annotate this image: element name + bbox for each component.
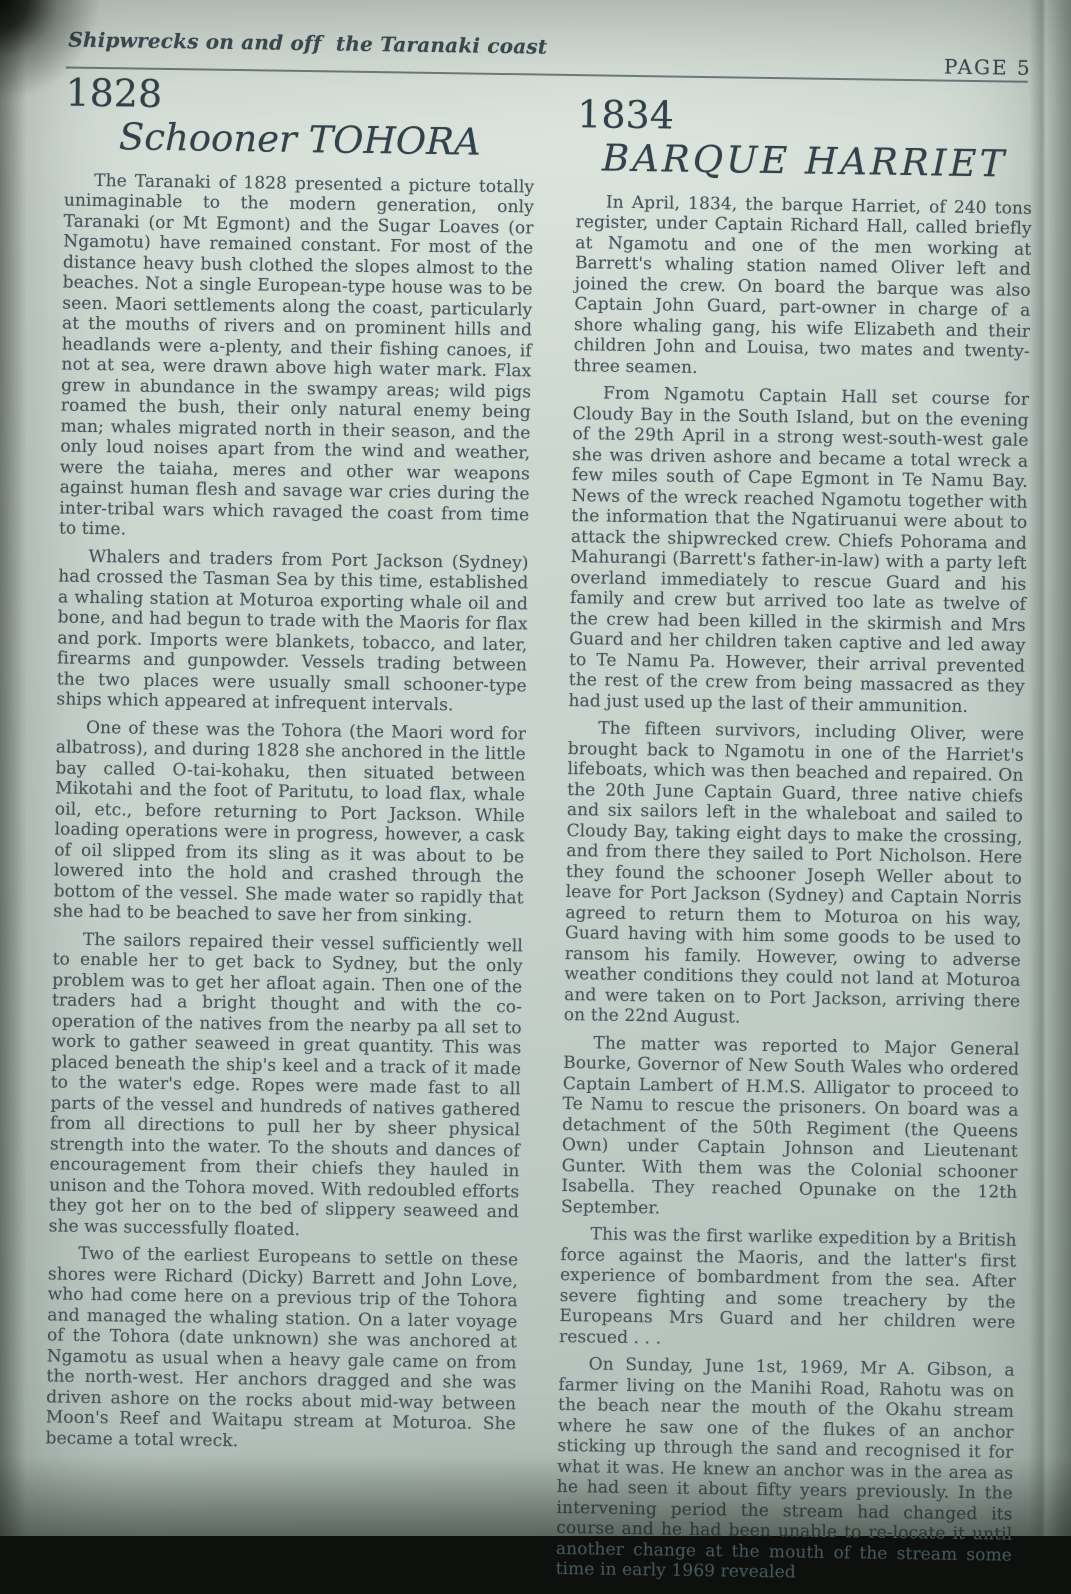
article-body: The Taranaki of 1828 presented a picture… [45,170,534,1455]
page-number: PAGE 5 [944,55,1032,80]
paragraph: The Taranaki of 1828 presented a picture… [59,170,534,546]
article-barque-harriet: 1834 BARQUE HARRIET In April, 1834, the … [555,95,1033,1536]
paragraph: Two of the earliest Europeans to settle … [45,1244,518,1456]
paragraph: From Ngamotu Captain Hall set course for… [568,383,1029,718]
paragraph: Whalers and traders from Port Jackson (S… [56,546,528,717]
paragraph: The sailors repaired their vessel suffic… [49,929,524,1243]
paragraph: One of these was the Tohora (the Maori w… [53,717,526,929]
paragraph: This was the first warlike expedition by… [559,1224,1017,1354]
scanned-book-page: Shipwrecks on and off the Taranaki coast… [0,0,1071,1536]
running-header-title: Shipwrecks on and off the Taranaki coast [68,28,547,59]
article-year-1834: 1834 [577,95,1034,142]
article-schooner-tohora: 1828 Schooner TOHORA The Taranaki of 182… [45,73,535,1462]
article-title-schooner-tohora: Schooner TOHORA [65,117,536,163]
article-body: In April, 1834, the barque Harriet, of 2… [556,192,1033,1536]
paragraph: The fifteen survivors, including Oliver,… [564,718,1025,1032]
article-title-barque-harriet: BARQUE HARRIET [576,139,1033,185]
page-content: Shipwrecks on and off the Taranaki coast… [0,0,1071,1536]
paragraph: On Sunday, June 1st, 1969, Mr A. Gibson,… [556,1354,1015,1536]
article-year-1828: 1828 [65,73,536,120]
paragraph: In April, 1834, the barque Harriet, of 2… [573,192,1032,383]
paragraph: The matter was reported to Major General… [561,1033,1020,1224]
